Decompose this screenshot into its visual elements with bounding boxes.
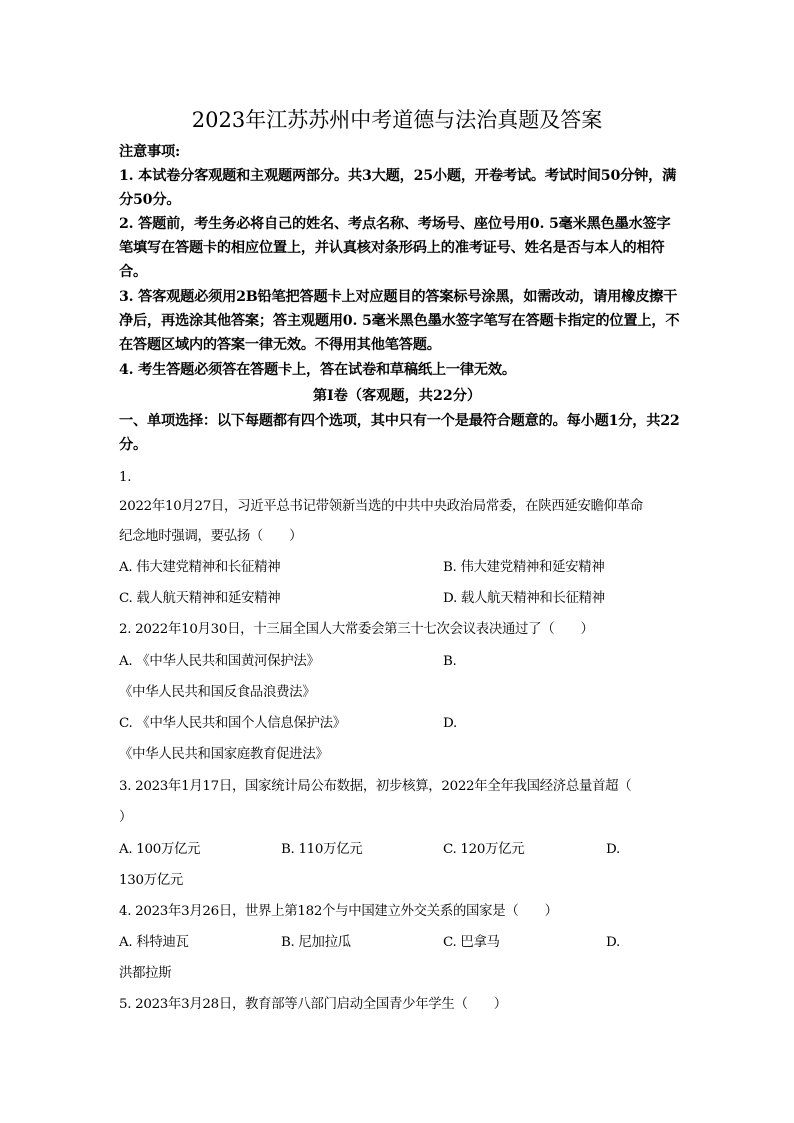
exam-page: 2023年江苏苏州中考道德与法治真题及答案 注意事项: 1. 本试卷分客观题和主…: [0, 0, 794, 1123]
notice-line: 净后，再选涂其他答案；答主观题用0. 5毫米黑色墨水签字笔写在答题卡指定的位置上…: [119, 309, 679, 333]
option-d-label: D.: [606, 840, 620, 860]
question-number: 1.: [119, 468, 131, 488]
option-d-label: D.: [443, 714, 457, 734]
question-stem: 2. 2022年10月30日，十三届全国人大常委会第三十七次会议表决通过了（ ）: [119, 620, 594, 640]
option-c: C. 巴拿马: [443, 933, 500, 953]
notice-line: 合。: [119, 260, 147, 284]
option-a: A. 科特迪瓦: [119, 933, 189, 953]
section-title: 第I卷（客观题，共22分）: [0, 384, 794, 408]
option-c: C. 120万亿元: [443, 840, 524, 860]
notice-line: 在答题区域内的答案一律无效。不得用其他笔答题。: [119, 333, 441, 357]
notice-line: 笔填写在答题卡的相应位置上，并认真核对条形码上的准考证号、姓名是否与本人的相符: [119, 236, 665, 260]
option-d: 《中华人民共和国家庭教育促进法》: [119, 745, 328, 765]
notice-line: 1. 本试卷分客观题和主观题两部分。共3大题，25小题，开卷考试。考试时间50分…: [119, 164, 676, 188]
option-b: B. 尼加拉瓜: [281, 933, 351, 953]
option-c: C. 载人航天精神和延安精神: [119, 589, 280, 609]
question-stem: 纪念地时强调，要弘扬（ ）: [119, 527, 302, 547]
question-stem: 3. 2023年1月17日，国家统计局公布数据，初步核算，2022年全年我国经济…: [119, 777, 631, 797]
notice-line: 2. 答题前，考生务必将自己的姓名、考点名称、考场号、座位号用0. 5毫米黑色墨…: [119, 212, 671, 236]
part-heading: 一、单项选择：以下每题都有四个选项，其中只有一个是最符合题意的。每小题1分，共2…: [119, 409, 680, 433]
option-b: 《中华人民共和国反食品浪费法》: [119, 683, 315, 703]
option-d: D. 载人航天精神和长征精神: [443, 589, 605, 609]
question-stem: 2022年10月27日，习近平总书记带领新当选的中共中央政治局常委，在陕西延安瞻…: [119, 497, 643, 517]
question-stem: ）: [119, 808, 132, 828]
option-a: A. 伟大建党精神和长征精神: [119, 558, 280, 578]
option-c: C. 《中华人民共和国个人信息保护法》: [119, 714, 346, 734]
document-title: 2023年江苏苏州中考道德与法治真题及答案: [0, 106, 794, 134]
option-b: B. 伟大建党精神和延安精神: [443, 558, 604, 578]
option-d: 130万亿元: [119, 871, 183, 891]
option-b: B. 110万亿元: [281, 840, 362, 860]
question-stem: 4. 2023年3月26日，世界上第182个与中国建立外交关系的国家是（ ）: [119, 902, 558, 922]
notice-heading: 注意事项:: [119, 140, 180, 164]
part-heading: 分。: [119, 433, 147, 457]
notice-line: 分50分。: [119, 188, 180, 212]
option-a: A. 《中华人民共和国黄河保护法》: [119, 652, 320, 672]
notice-line: 3. 答客观题必须用2B铅笔把答题卡上对应题目的答案标号涂黑，如需改动，请用橡皮…: [119, 285, 677, 309]
option-b-label: B.: [443, 652, 457, 672]
option-a: A. 100万亿元: [119, 840, 200, 860]
question-stem: 5. 2023年3月28日，教育部等八部门启动全国青少年学生（ ）: [119, 995, 507, 1015]
notice-line: 4. 考生答题必须答在答题卡上，答在试卷和草稿纸上一律无效。: [119, 358, 516, 382]
option-d-label: D.: [606, 933, 620, 953]
option-d: 洪都拉斯: [119, 964, 171, 984]
